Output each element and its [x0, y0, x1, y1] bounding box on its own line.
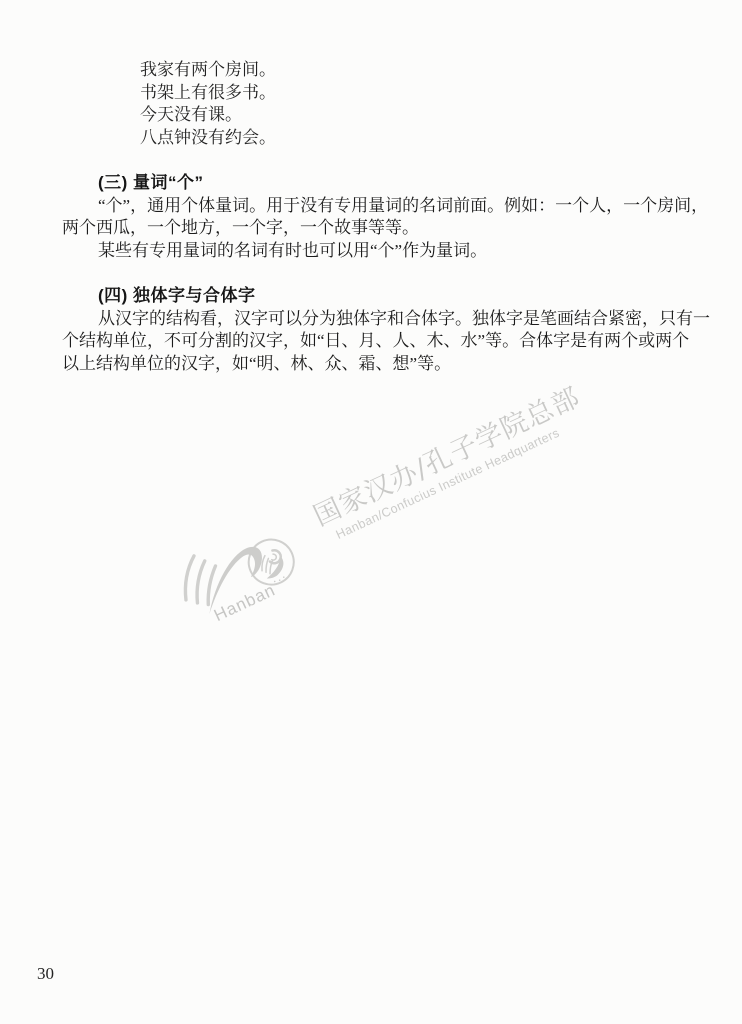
example-sentence: 书架上有很多书。 — [62, 82, 694, 105]
body-line: “个”，通用个体量词。用于没有专用量词的名词前面。例如：一个人，一个房间， — [62, 195, 694, 218]
page-number: 30 — [37, 964, 54, 984]
section-heading-measure-word: (三) 量词“个” — [62, 172, 694, 195]
body-line: 某些有专用量词的名词有时也可以用“个”作为量词。 — [62, 240, 694, 263]
section-heading-character-structure: (四) 独体字与合体字 — [62, 285, 694, 308]
scanned-document-page: 我家有两个房间。 书架上有很多书。 今天没有课。 八点钟没有约会。 (三) 量词… — [0, 0, 742, 1024]
watermark-english-text: Hanban/Confucius Institute Headquarters — [334, 412, 592, 542]
body-line: 两个西瓜，一个地方，一个字，一个故事等等。 — [62, 217, 694, 240]
hanban-stamp-icon — [238, 529, 304, 595]
watermark-chinese-text: 国家汉办/孔子学院总部 — [306, 375, 585, 533]
hanban-stamp-svg — [238, 529, 304, 595]
hanban-swirl-icon — [160, 518, 283, 629]
watermark-text-block: 国家汉办/孔子学院总部 Hanban/Confucius Institute H… — [306, 375, 592, 547]
page-body-text: 我家有两个房间。 书架上有很多书。 今天没有课。 八点钟没有约会。 (三) 量词… — [62, 59, 694, 375]
example-sentence: 我家有两个房间。 — [62, 59, 694, 82]
hanban-logo-block: Hanban — [160, 518, 287, 637]
body-line: 以上结构单位的汉字，如“明、林、众、霜、想”等。 — [62, 353, 694, 376]
example-sentence: 今天没有课。 — [62, 104, 694, 127]
hanban-logo-label: Hanban — [211, 577, 287, 626]
body-line: 从汉字的结构看，汉字可以分为独体字和合体字。独体字是笔画结合紧密，只有一 — [62, 308, 694, 331]
body-line: 个结构单位，不可分割的汉字，如“日、月、人、木、水”等。合体字是有两个或两个 — [62, 330, 694, 353]
example-sentence: 八点钟没有约会。 — [62, 127, 694, 150]
